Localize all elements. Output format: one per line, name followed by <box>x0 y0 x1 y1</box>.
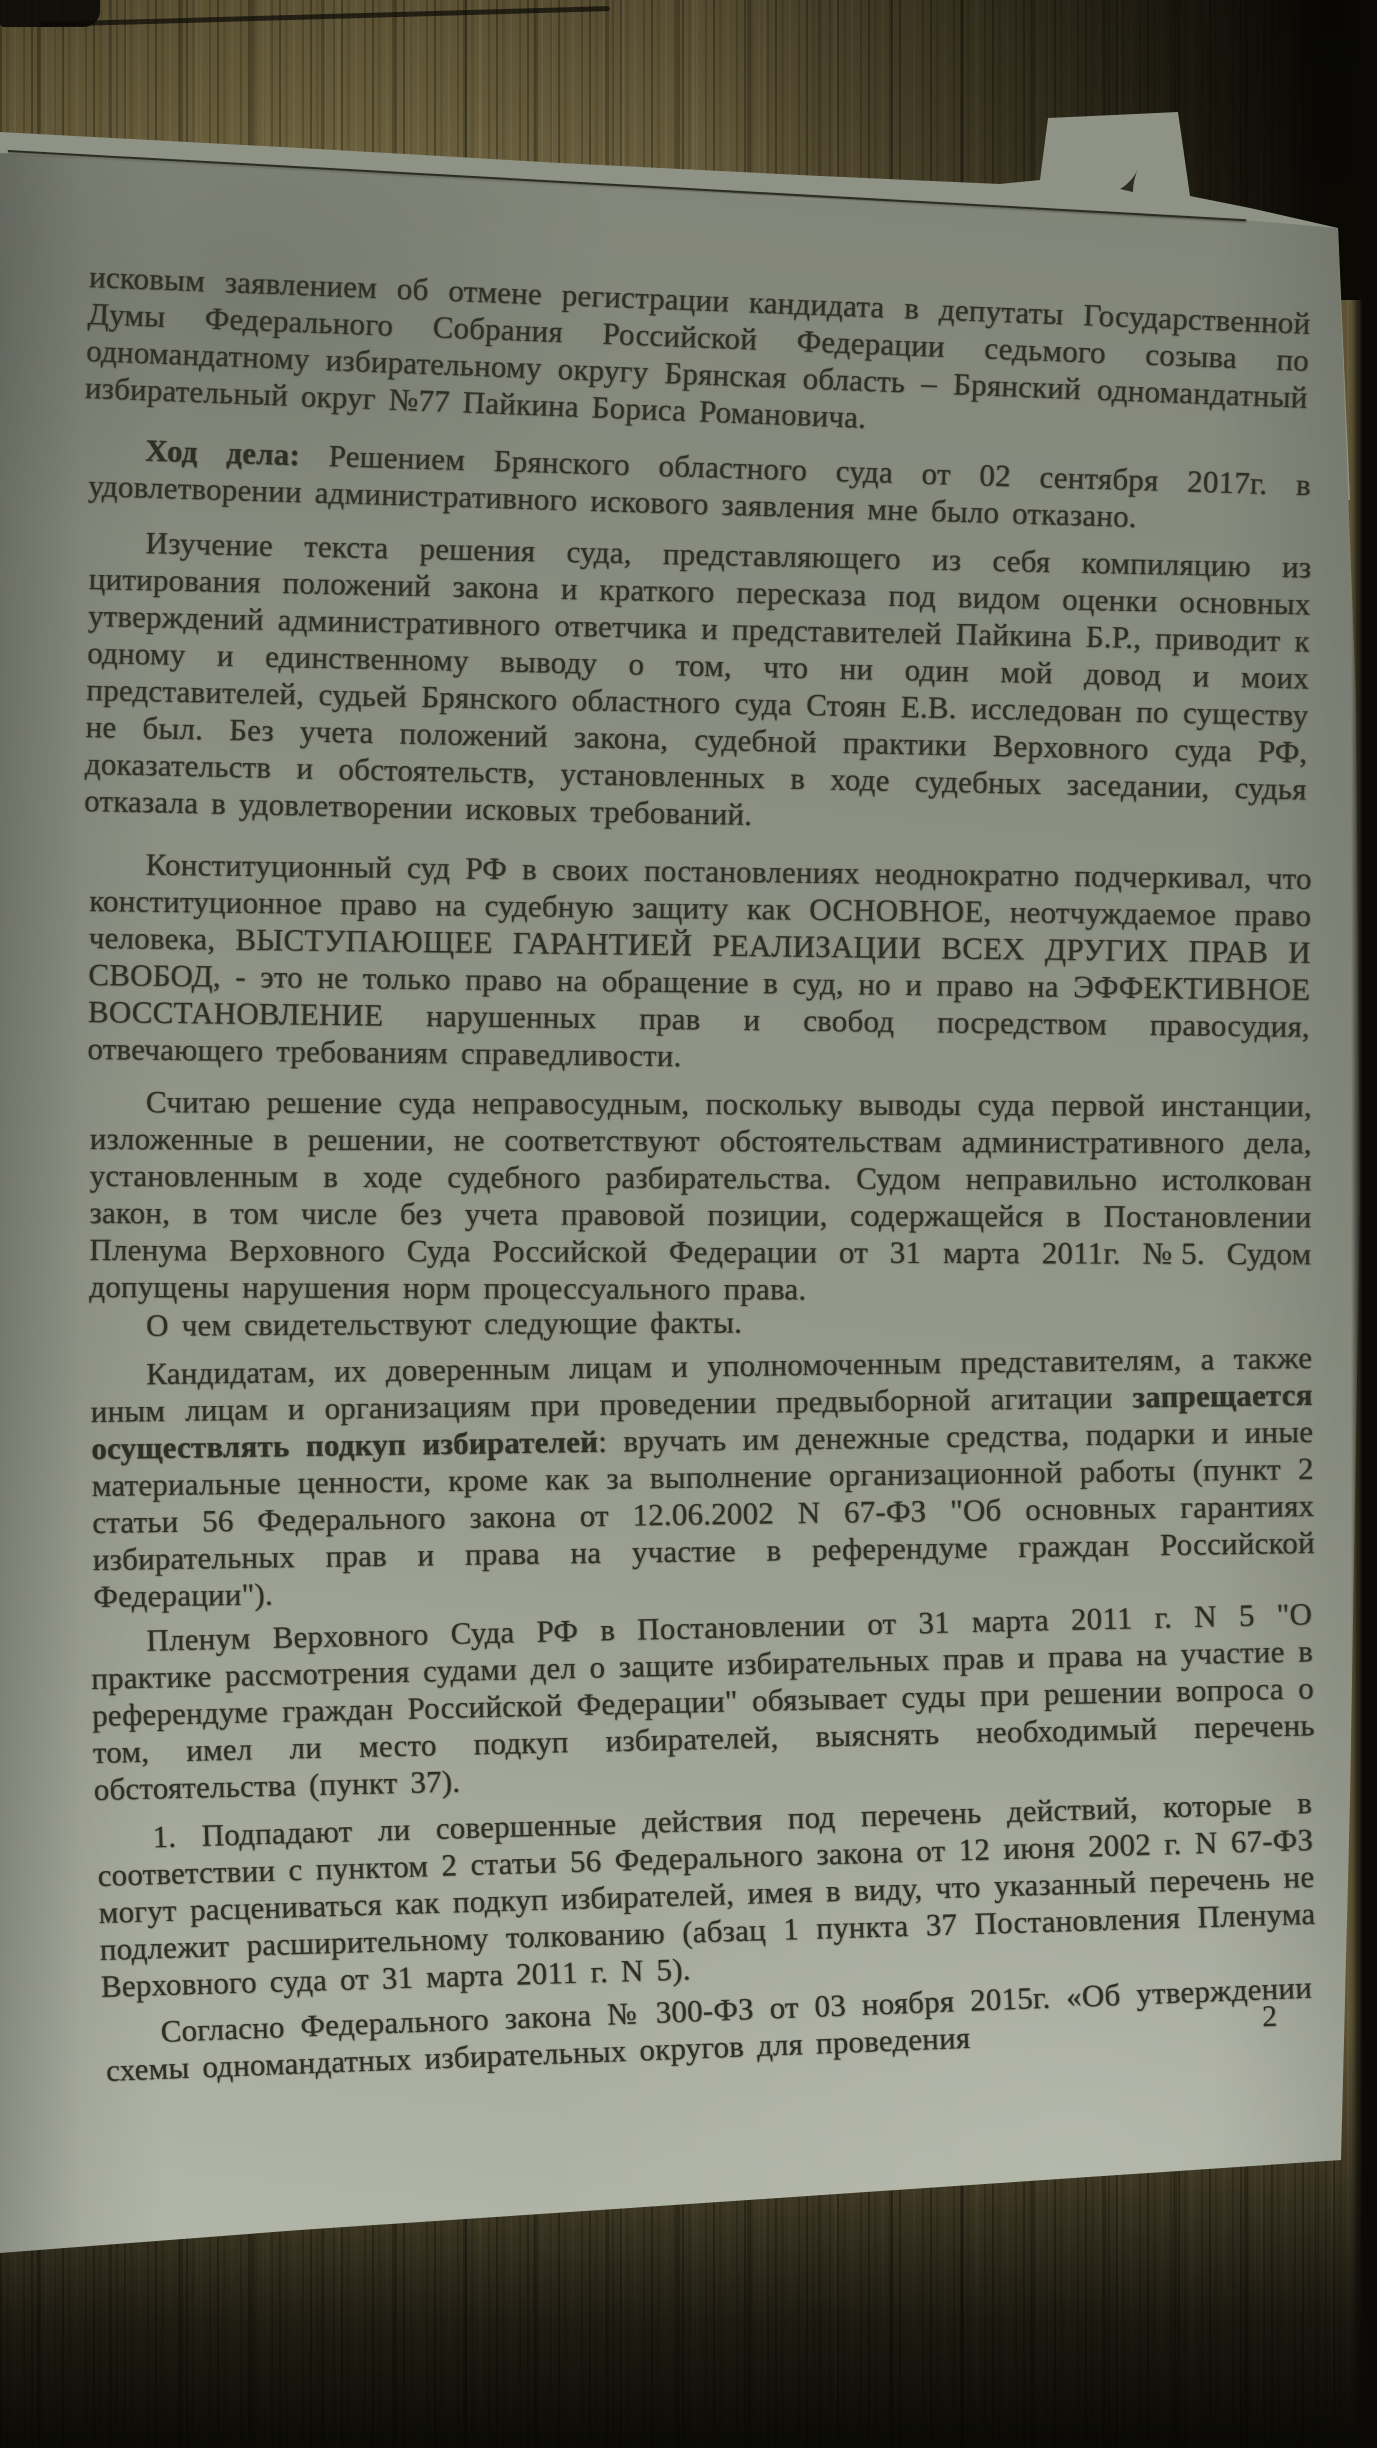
paragraph-fakty: О чем свидетельствуют следующие факты. <box>90 1301 1312 1344</box>
paragraph-khod-dela: Ход дела: Решением Брянского областного … <box>88 430 1312 540</box>
paragraph-izuchenie: Изучение текста решения суда, представля… <box>84 523 1312 845</box>
paragraph-punkt-1: 1. Подпадают ли совершенные действия под… <box>96 1784 1317 2005</box>
photo-of-court-appeal-page: исковым заявлением об отмене регистрации… <box>0 0 1377 2448</box>
paragraph-konstitucionny-sud: Конституционный суд РФ в своих постановл… <box>87 845 1312 1082</box>
paragraph-continuation: исковым заявлением об отмене регистрации… <box>84 258 1311 453</box>
page-number: 2 <box>1261 2000 1277 2035</box>
ink-check-mark-icon <box>1118 168 1142 196</box>
khod-dela-label: Ход дела: <box>145 433 301 473</box>
document-text: исковым заявлением об отмене регистрации… <box>90 258 1312 2089</box>
right-edge-shadow <box>1351 0 1377 2448</box>
paragraph-schitayu: Считаю решение суда неправосудным, поско… <box>89 1083 1312 1309</box>
paragraph-plenum: Пленум Верховного Суда РФ в Постановлени… <box>90 1595 1316 1808</box>
paragraph-kandidatam: Кандидатам, их доверенным лицам и уполно… <box>90 1339 1315 1615</box>
